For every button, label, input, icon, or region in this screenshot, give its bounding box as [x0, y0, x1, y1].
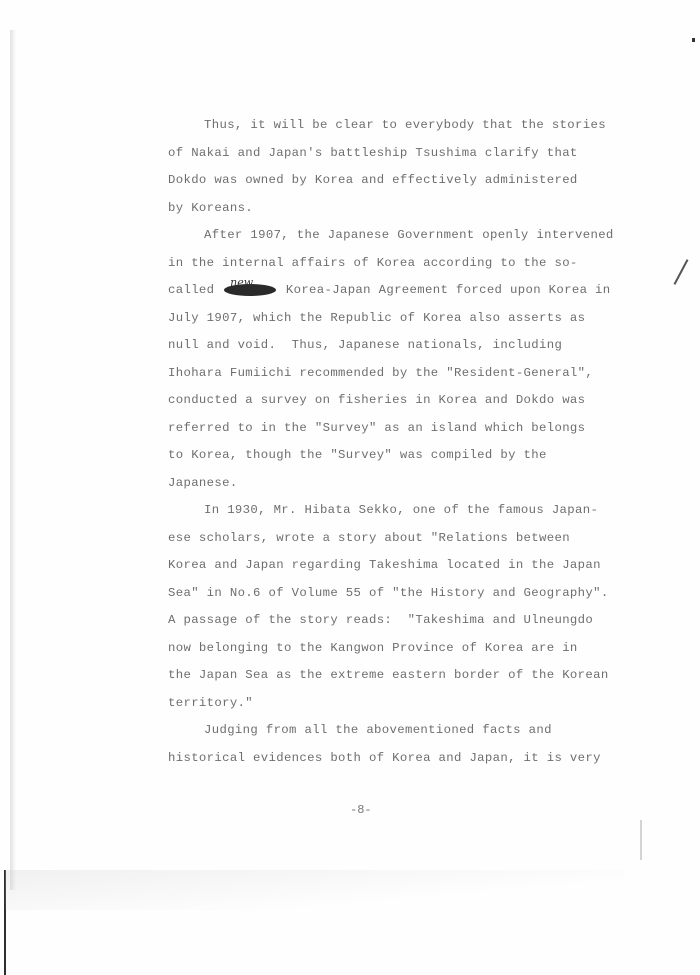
text-line: Korea and Japan regarding Takeshima loca…: [168, 552, 618, 580]
text-line: conducted a survey on fisheries in Korea…: [168, 387, 618, 415]
text-fragment: Korea-Japan Agreement forced upon Korea …: [286, 283, 611, 297]
text-fragment: called: [168, 283, 214, 297]
text-line: Dokdo was owned by Korea and effectively…: [168, 167, 618, 195]
text-line: null and void. Thus, Japanese nationals,…: [168, 332, 618, 360]
text-line: After 1907, the Japanese Government open…: [168, 222, 618, 250]
text-line: Thus, it will be clear to everybody that…: [168, 112, 618, 140]
text-line: by Koreans.: [168, 195, 618, 223]
text-line: Judging from all the abovementioned fact…: [168, 717, 618, 745]
scan-streak: [640, 820, 642, 860]
body-text: Thus, it will be clear to everybody that…: [168, 112, 618, 772]
text-line: July 1907, which the Republic of Korea a…: [168, 305, 618, 333]
text-line: of Nakai and Japan's battleship Tsushima…: [168, 140, 618, 168]
text-line: territory.": [168, 690, 618, 718]
text-line: Sea" in No.6 of Volume 55 of "the Histor…: [168, 580, 618, 608]
paragraph-1: Thus, it will be clear to everybody that…: [168, 112, 618, 222]
text-line: A passage of the story reads: "Takeshima…: [168, 607, 618, 635]
text-line: the Japan Sea as the extreme eastern bor…: [168, 662, 618, 690]
text-line: historical evidences both of Korea and J…: [168, 745, 618, 773]
scanned-page: Thus, it will be clear to everybody that…: [0, 0, 700, 975]
page-number: -8-: [350, 803, 372, 817]
text-line: ese scholars, wrote a story about "Relat…: [168, 525, 618, 553]
text-line: referred to in the "Survey" as an island…: [168, 415, 618, 443]
scan-shadow: [10, 30, 16, 890]
scan-smudge: [5, 870, 625, 910]
paragraph-2: After 1907, the Japanese Government open…: [168, 222, 618, 497]
text-line: Ihohara Fumiichi recommended by the "Res…: [168, 360, 618, 388]
redaction-blot: new: [224, 284, 276, 296]
text-line: to Korea, though the "Survey" was compil…: [168, 442, 618, 470]
text-line: now belonging to the Kangwon Province of…: [168, 635, 618, 663]
text-line: Japanese.: [168, 470, 618, 498]
handwritten-annotation: new: [230, 269, 253, 297]
paragraph-3: In 1930, Mr. Hibata Sekko, one of the fa…: [168, 497, 618, 717]
margin-pen-mark: [674, 259, 689, 285]
paragraph-4: Judging from all the abovementioned fact…: [168, 717, 618, 772]
text-line: In 1930, Mr. Hibata Sekko, one of the fa…: [168, 497, 618, 525]
text-line-with-redaction: called new Korea-Japan Agreement forced …: [168, 277, 618, 305]
scan-speck: [692, 38, 695, 42]
